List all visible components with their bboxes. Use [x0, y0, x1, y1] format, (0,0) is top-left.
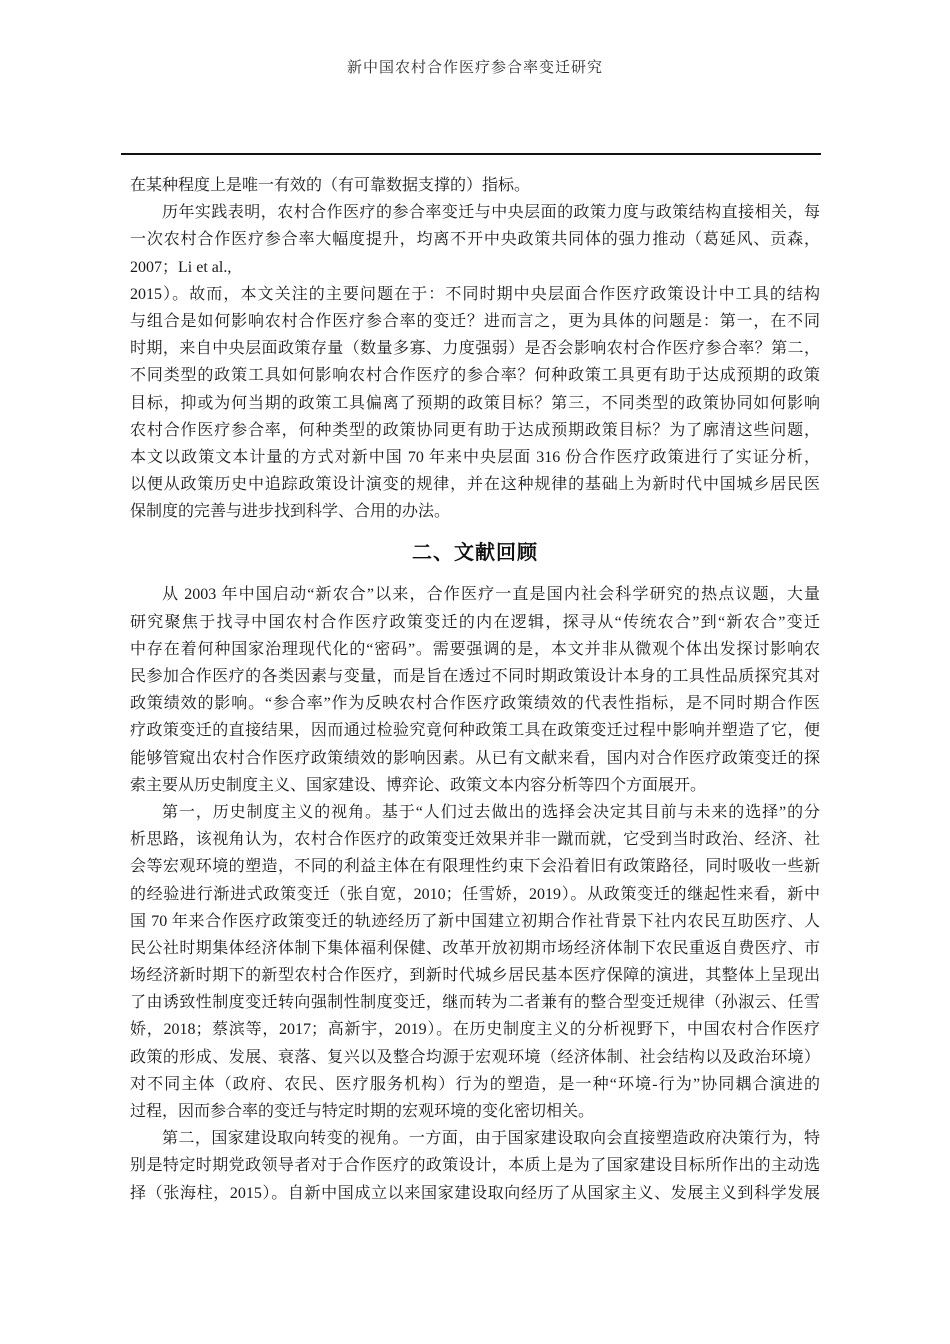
text-line: 一次农村合作医疗参合率大幅度提升，均离不开中央政策共同体的强力推动（葛延风、贡森… — [130, 226, 820, 253]
text-line: 从 2003 年中国启动“新农合”以来，合作医疗一直是国内社会科学研究的热点议题… — [130, 581, 820, 608]
text-line: 场经济新时期下的新型农村合作医疗，到新时代城乡居民基本医疗保障的演进，其整体上呈… — [130, 962, 820, 989]
text-line: 了由诱致性制度变迁转向强制性制度变迁，继而转为二者兼有的整合型变迁规律（孙淑云、… — [130, 989, 820, 1016]
text-line: 历年实践表明，农村合作医疗的参合率变迁与中央层面的政策力度与政策结构直接相关，每 — [130, 199, 820, 226]
text-line: 对不同主体（政府、农民、医疗服务机构）行为的塑造，是一种“环境-行为”协同耦合演… — [130, 1071, 820, 1098]
text-line: 农村合作医疗参合率，何种类型的政策协同更有助于达成预期政策目标？为了廓清这些问题… — [130, 417, 820, 444]
text-line: 政策的形成、发展、衰落、复兴以及整合均源于宏观环境（经济体制、社会结构以及政治环… — [130, 1044, 820, 1071]
text-line: 会等宏观环境的塑造，不同的利益主体在有限理性约束下会沿着旧有政策路径，同时吸收一… — [130, 853, 820, 880]
text-line: 与组合是如何影响农村合作医疗参合率的变迁？进而言之，更为具体的问题是：第一，在不… — [130, 308, 820, 335]
text-line: 2007；Li et al., — [130, 254, 820, 281]
text-line: 以便从政策历史中追踪政策设计演变的规律，并在这种规律的基础上为新时代中国城乡居民… — [130, 471, 820, 498]
text-line: 2015）。故而，本文关注的主要问题在于：不同时期中央层面合作医疗政策设计中工具… — [130, 281, 820, 308]
text-line: 别是特定时期党政领导者对于合作医疗的政策设计，本质上是为了国家建设目标所作出的主… — [130, 1152, 820, 1179]
text-line: 析思路，该视角认为，农村合作医疗的政策变迁效果并非一蹴而就，它受到当时政治、经济… — [130, 826, 820, 853]
text-line: 民公社时期集体经济体制下集体福利保健、改革开放初期市场经济体制下农民重返自费医疗… — [130, 935, 820, 962]
text-line: 第一，历史制度主义的视角。基于“人们过去做出的选择会决定其目前与未来的选择”的分 — [130, 799, 820, 826]
text-line: 过程，因而参合率的变迁与特定时期的宏观环境的变化密切相关。 — [130, 1098, 820, 1125]
text-line: 疗政策变迁的直接结果，因而通过检验究竟何种政策工具在政策变迁过程中影响并塑造了它… — [130, 717, 820, 744]
text-line: 第二，国家建设取向转变的视角。一方面，由于国家建设取向会直接塑造政府决策行为，特 — [130, 1125, 820, 1152]
document-body: 在某种程度上是唯一有效的（有可靠数据支撑的）指标。历年实践表明，农村合作医疗的参… — [130, 172, 820, 1207]
text-line: 娇，2018；蔡滨等，2017；高新宇，2019）。在历史制度主义的分析视野下，… — [130, 1016, 820, 1043]
text-line: 时期，来自中央层面政策存量（数量多寡、力度强弱）是否会影响农村合作医疗参合率？第… — [130, 335, 820, 362]
text-line: 不同类型的政策工具如何影响农村合作医疗的参合率？何种政策工具更有助于达成预期的政… — [130, 362, 820, 389]
text-line: 目标，抑或为何当期的政策工具偏离了预期的政策目标？第三，不同类型的政策协同如何影… — [130, 390, 820, 417]
text-line: 本文以政策文本计量的方式对新中国 70 年来中央层面 316 份合作医疗政策进行… — [130, 444, 820, 471]
header-rule — [121, 153, 821, 155]
document-page: 新中国农村合作医疗参合率变迁研究 在某种程度上是唯一有效的（有可靠数据支撑的）指… — [0, 0, 950, 1344]
text-line: 中存在着何种国家治理现代化的“密码”。需要强调的是，本文并非从微观个体出发探讨影… — [130, 636, 820, 663]
text-line: 政策绩效的影响。“参合率”作为反映农村合作医疗政策绩效的代表性指标，是不同时期合… — [130, 690, 820, 717]
text-line: 择（张海柱，2015）。自新中国成立以来国家建设取向经历了从国家主义、发展主义到… — [130, 1180, 820, 1207]
text-line: 保制度的完善与进步找到科学、合用的办法。 — [130, 498, 820, 525]
text-line: 能够管窥出农村合作医疗政策绩效的影响因素。从已有文献来看，国内对合作医疗政策变迁… — [130, 745, 820, 772]
text-line: 在某种程度上是唯一有效的（有可靠数据支撑的）指标。 — [130, 172, 820, 199]
section-heading: 二、文献回顾 — [130, 540, 820, 566]
text-line: 民参加合作医疗的各类因素与变量，而是旨在透过不同时期政策设计本身的工具性品质探究… — [130, 663, 820, 690]
running-header: 新中国农村合作医疗参合率变迁研究 — [0, 56, 950, 77]
text-line: 索主要从历史制度主义、国家建设、博弈论、政策文本内容分析等四个方面展开。 — [130, 772, 820, 799]
text-line: 的经验进行渐进式政策变迁（张自宽，2010；任雪娇，2019）。从政策变迁的继起… — [130, 881, 820, 908]
text-line: 研究聚焦于找寻中国农村合作医疗政策变迁的内在逻辑，探寻从“传统农合”到“新农合”… — [130, 609, 820, 636]
text-line: 国 70 年来合作医疗政策变迁的轨迹经历了新中国建立初期合作社背景下社内农民互助… — [130, 908, 820, 935]
